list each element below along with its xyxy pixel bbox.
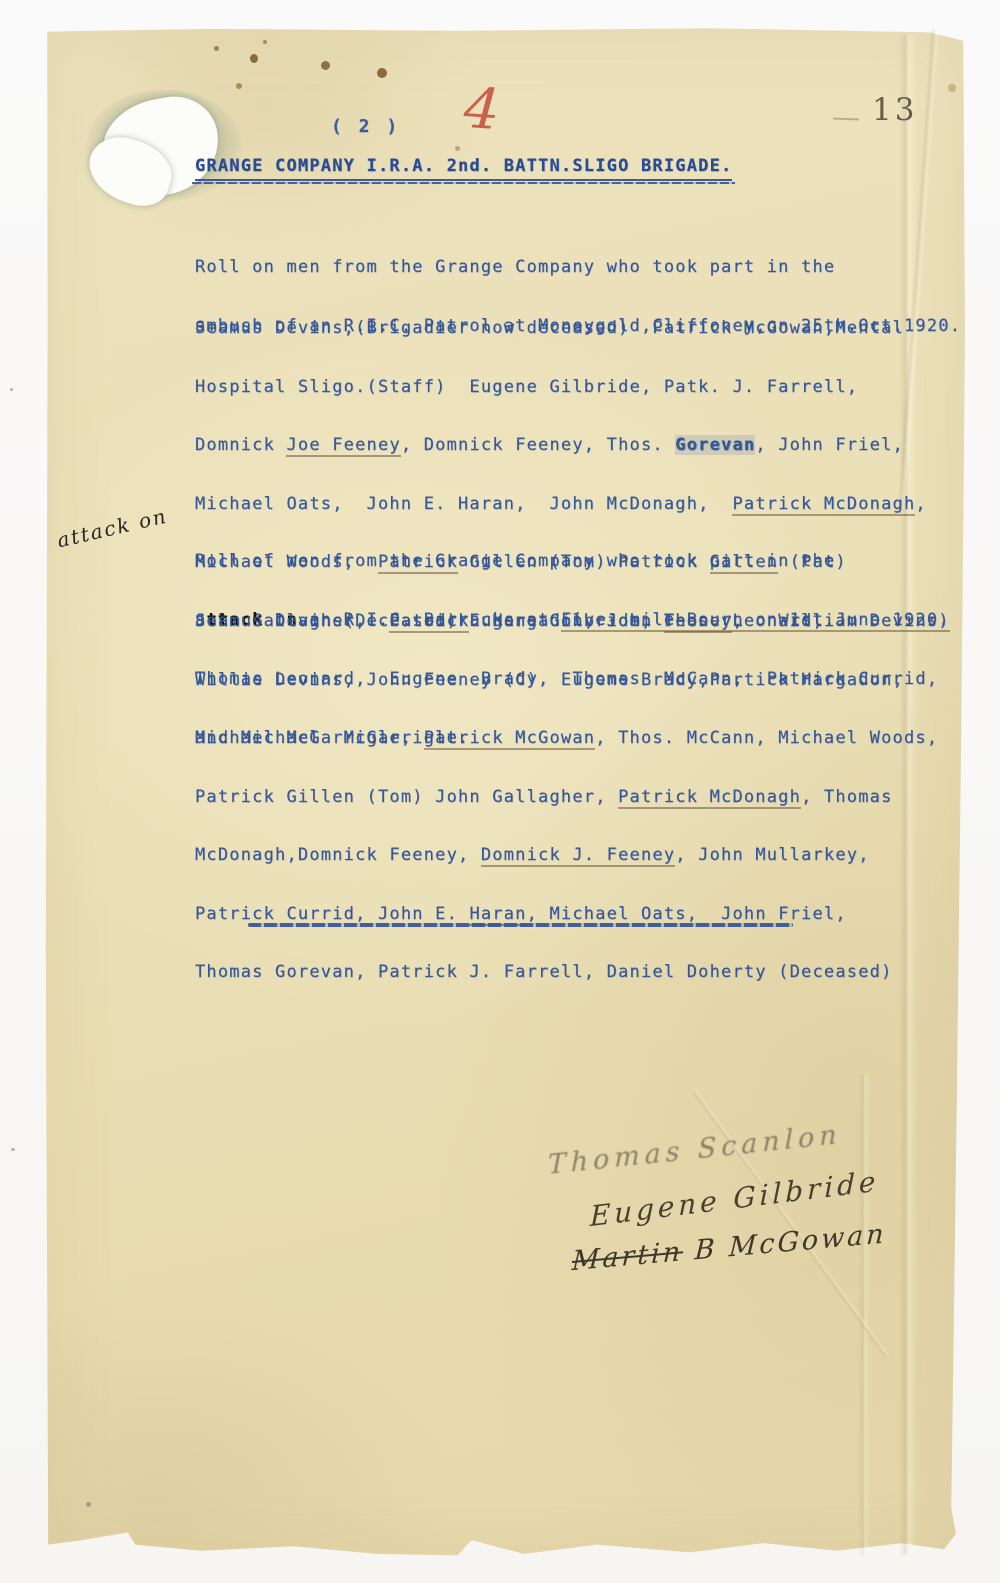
name-segment: , Domnick Feeney, Thos.	[401, 435, 675, 455]
rust-speck	[263, 40, 267, 44]
name-segment: ,	[915, 494, 926, 514]
name-segment: Domnick	[195, 435, 286, 455]
dirt-speck	[86, 1502, 91, 1507]
document-title: GRANGE COMPANY I.R.A. 2nd. BATTN.SLIGO B…	[195, 156, 732, 181]
roll-fivemilebourn-names: Seamus Devins(Deceased) Eugene Gilbride,…	[195, 573, 938, 1022]
typed-line: Michael Oats, John E. Haran, John McDona…	[195, 495, 950, 515]
name-segment: , John Friel,	[755, 435, 904, 455]
document-title-text: GRANGE COMPANY I.R.A. 2nd. BATTN.SLIGO B…	[195, 156, 732, 181]
name-underlined: Patrick McDonagh	[618, 787, 801, 809]
document-scan: ( 2 ) 4 13 GRANGE COMPANY I.R.A. 2nd. BA…	[0, 0, 1000, 1583]
rust-speck	[250, 54, 258, 63]
dust-speck	[11, 1148, 15, 1151]
typed-line: Seamus Devins,(Brigadier now deceased) P…	[195, 319, 950, 339]
typed-divider-rule	[248, 923, 793, 927]
name-segment: , Thomas	[801, 787, 892, 807]
typed-line: Patrick Currid, John E. Haran, Michael O…	[195, 905, 938, 925]
name-segment: Michael McGarrigle,	[195, 728, 424, 748]
typed-line: Michael McGarrigle, Patrick McGowan, Tho…	[195, 729, 938, 749]
dust-speck	[10, 388, 13, 391]
typed-line: Hospital Sligo.(Staff) Eugene Gilbride, …	[195, 378, 950, 398]
name-segment: Patrick Gillen (Tom) John Gallagher,	[195, 787, 618, 807]
page-number: ( 2 )	[331, 116, 400, 137]
name-segment: McDonagh,Domnick Feeney,	[195, 845, 481, 865]
name-underlined: Joe Feeney	[286, 435, 400, 457]
rust-speck	[377, 68, 387, 78]
name-segment: Patrick Currid, John E.	[195, 904, 469, 924]
name-underlined: Domnick J. Feeney	[481, 845, 675, 867]
name-segment: , John Mullarkey,	[675, 845, 869, 865]
page-stamp-number: 13	[872, 92, 917, 128]
name-segment: Michael Oats, John E. Haran, John McDona…	[195, 494, 732, 514]
red-pen-annotation: 4	[462, 81, 501, 139]
name-segment: , Michael Oats, John Friel,	[527, 904, 847, 924]
typed-line: Roll of men from the Grange Company who …	[195, 552, 950, 572]
typed-line: Thomas Gorevan, Patrick J. Farrell, Dani…	[195, 963, 938, 983]
typed-line: Domnick Joe Feeney, Domnick Feeney, Thos…	[195, 436, 950, 456]
rust-speck	[455, 146, 460, 151]
rust-speck	[321, 61, 330, 70]
name-highlighted: Gorevan	[675, 435, 755, 455]
typed-line: McDonagh,Domnick Feeney, Domnick J. Feen…	[195, 846, 938, 866]
typed-line: Roll on men from the Grange Company who …	[195, 258, 961, 278]
rust-speck	[236, 83, 242, 89]
rust-speck	[214, 46, 219, 51]
typed-line: Seamus Devins(Deceased) Eugene Gilbride,…	[195, 612, 938, 632]
typed-line: Patrick Gillen (Tom) John Gallagher, Pat…	[195, 788, 938, 808]
stain-speck	[948, 84, 956, 92]
name-underlined: Patrick McGowan	[424, 728, 596, 750]
name-segment: , Thos. McCann, Michael Woods,	[595, 728, 938, 748]
typed-line: Willie Devins, John Feeney (C) Eugene Br…	[195, 671, 938, 691]
